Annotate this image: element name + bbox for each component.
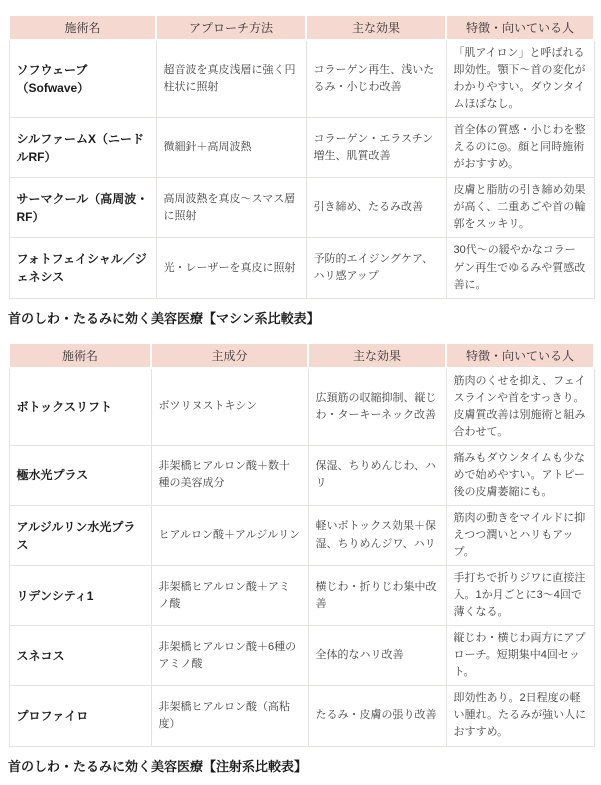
column-header: 特徴・向いている人 — [446, 343, 594, 368]
table-cell: 非架橋ヒアルロン酸＋6種のアミノ酸 — [151, 626, 308, 686]
table-row: スネコス非架橋ヒアルロン酸＋6種のアミノ酸全体的なハリ改善縦じわ・横じわ両方にア… — [9, 626, 594, 686]
table-cell: たるみ・皮膚の張り改善 — [308, 686, 446, 746]
table-cell: 即効性あり。2日程度の軽い腫れ。たるみが強い人におすすめ。 — [446, 686, 594, 746]
table-cell: コラーゲン再生、浅いたるみ・小じわ改善 — [306, 40, 446, 118]
column-header: 特徴・向いている人 — [446, 15, 594, 40]
table-cell: 非架橋ヒアルロン酸＋数十種の美容成分 — [151, 445, 308, 505]
table-cell: 引き締め、たるみ改善 — [306, 178, 446, 238]
table-row: フォトフェイシャル／ジェネシス光・レーザーを真皮に照射予防的エイジングケア、ハリ… — [9, 238, 594, 298]
article-page: 施術名アプローチ方法主な効果特徴・向いている人 ソフウェーブ（Sofwave）超… — [0, 0, 601, 785]
table-cell: 皮膚と脂肪の引き締め効果が高く、二重あごや首の輪郭をスッキリ。 — [446, 178, 594, 238]
table-cell: 軽いボトックス効果＋保湿、ちりめんジワ、ハリ — [308, 505, 446, 565]
treatment-name-cell: ボトックスリフト — [9, 368, 151, 446]
treatment-name-cell: リデンシティ1 — [9, 566, 151, 626]
table-cell: 縦じわ・横じわ両方にアプローチ。短期集中4回セット。 — [446, 626, 594, 686]
table-cell: 広頚筋の収縮抑制、縦じわ・ターキーネック改善 — [308, 368, 446, 446]
table-row: 極水光プラス非架橋ヒアルロン酸＋数十種の美容成分保湿、ちりめんじわ、ハリ痛みもダ… — [9, 445, 594, 505]
table-cell: 超音波を真皮浅層に強く円柱状に照射 — [156, 40, 306, 118]
table-row: リデンシティ1非架橋ヒアルロン酸＋アミノ酸横じわ・折りじわ集中改善手打ちで折りジ… — [9, 566, 594, 626]
column-header: 施術名 — [9, 343, 151, 368]
column-header: 施術名 — [9, 15, 156, 40]
table-cell: 筋肉のくせを抑え、フェイスラインや首をすっきり。 皮膚質改善は別施術と組み合わせ… — [446, 368, 594, 446]
treatment-name-cell: プロファイロ — [9, 686, 151, 746]
treatment-name-cell: スネコス — [9, 626, 151, 686]
treatment-name-cell: ソフウェーブ（Sofwave） — [9, 40, 156, 118]
table-cell: ヒアルロン酸＋アルジルリン — [151, 505, 308, 565]
table-cell: 予防的エイジングケア、ハリ感アップ — [306, 238, 446, 298]
treatment-name-cell: サーマクール（高周波・RF） — [9, 178, 156, 238]
table-row: サーマクール（高周波・RF）高周波熱を真皮〜スマス層に照射引き締め、たるみ改善皮… — [9, 178, 594, 238]
treatment-name-cell: シルファームX（ニードルRF） — [9, 118, 156, 178]
header-row: 施術名主成分主な効果特徴・向いている人 — [9, 343, 594, 368]
injection-table-caption: 首のしわ・たるみに効く美容医療【注射系比較表】 — [8, 756, 593, 775]
treatment-name-cell: フォトフェイシャル／ジェネシス — [9, 238, 156, 298]
table-cell: 高周波熱を真皮〜スマス層に照射 — [156, 178, 306, 238]
table-cell: 非架橋ヒアルロン酸（高粘度） — [151, 686, 308, 746]
treatment-name-cell: 極水光プラス — [9, 445, 151, 505]
table-row: ボトックスリフトボツリヌストキシン広頚筋の収縮抑制、縦じわ・ターキーネック改善筋… — [9, 368, 594, 446]
table-cell: 微細針＋高周波熱 — [156, 118, 306, 178]
table-row: ソフウェーブ（Sofwave）超音波を真皮浅層に強く円柱状に照射コラーゲン再生、… — [9, 40, 594, 118]
column-header: アプローチ方法 — [156, 15, 306, 40]
table-cell: 手打ちで折りジワに直接注入。1か月ごとに3〜4回で薄くなる。 — [446, 566, 594, 626]
machine-comparison-table: 施術名アプローチ方法主な効果特徴・向いている人 ソフウェーブ（Sofwave）超… — [8, 14, 595, 299]
table-cell: 「肌アイロン」と呼ばれる即効性。顎下〜首の変化がわかりやすい。ダウンタイムほぼな… — [446, 40, 594, 118]
header-row: 施術名アプローチ方法主な効果特徴・向いている人 — [9, 15, 594, 40]
column-header: 主な効果 — [306, 15, 446, 40]
table-cell: 非架橋ヒアルロン酸＋アミノ酸 — [151, 566, 308, 626]
table-cell: 保湿、ちりめんじわ、ハリ — [308, 445, 446, 505]
column-header: 主な効果 — [308, 343, 446, 368]
treatment-name-cell: アルジルリン水光プラス — [9, 505, 151, 565]
table-row: プロファイロ非架橋ヒアルロン酸（高粘度）たるみ・皮膚の張り改善即効性あり。2日程… — [9, 686, 594, 746]
table-cell: コラーゲン・エラスチン増生、肌質改善 — [306, 118, 446, 178]
table-cell: ボツリヌストキシン — [151, 368, 308, 446]
table-cell: 首全体の質感・小じわを整えるのに◎。顔と同時施術がおすすめ。 — [446, 118, 594, 178]
table-row: アルジルリン水光プラスヒアルロン酸＋アルジルリン軽いボトックス効果＋保湿、ちりめ… — [9, 505, 594, 565]
machine-table-caption: 首のしわ・たるみに効く美容医療【マシン系比較表】 — [8, 308, 593, 327]
table-cell: 光・レーザーを真皮に照射 — [156, 238, 306, 298]
table-cell: 全体的なハリ改善 — [308, 626, 446, 686]
injection-comparison-table: 施術名主成分主な効果特徴・向いている人 ボトックスリフトボツリヌストキシン広頚筋… — [8, 342, 595, 747]
table-cell: 30代〜の緩やかなコラーゲン再生でゆるみや質感改善に。 — [446, 238, 594, 298]
table-cell: 痛みもダウンタイムも少なめで始めやすい。アトピー後の皮膚萎縮にも。 — [446, 445, 594, 505]
table-cell: 横じわ・折りじわ集中改善 — [308, 566, 446, 626]
table-row: シルファームX（ニードルRF）微細針＋高周波熱コラーゲン・エラスチン増生、肌質改… — [9, 118, 594, 178]
table-cell: 筋肉の動きをマイルドに抑えつつ潤いとハリもアップ。 — [446, 505, 594, 565]
column-header: 主成分 — [151, 343, 308, 368]
